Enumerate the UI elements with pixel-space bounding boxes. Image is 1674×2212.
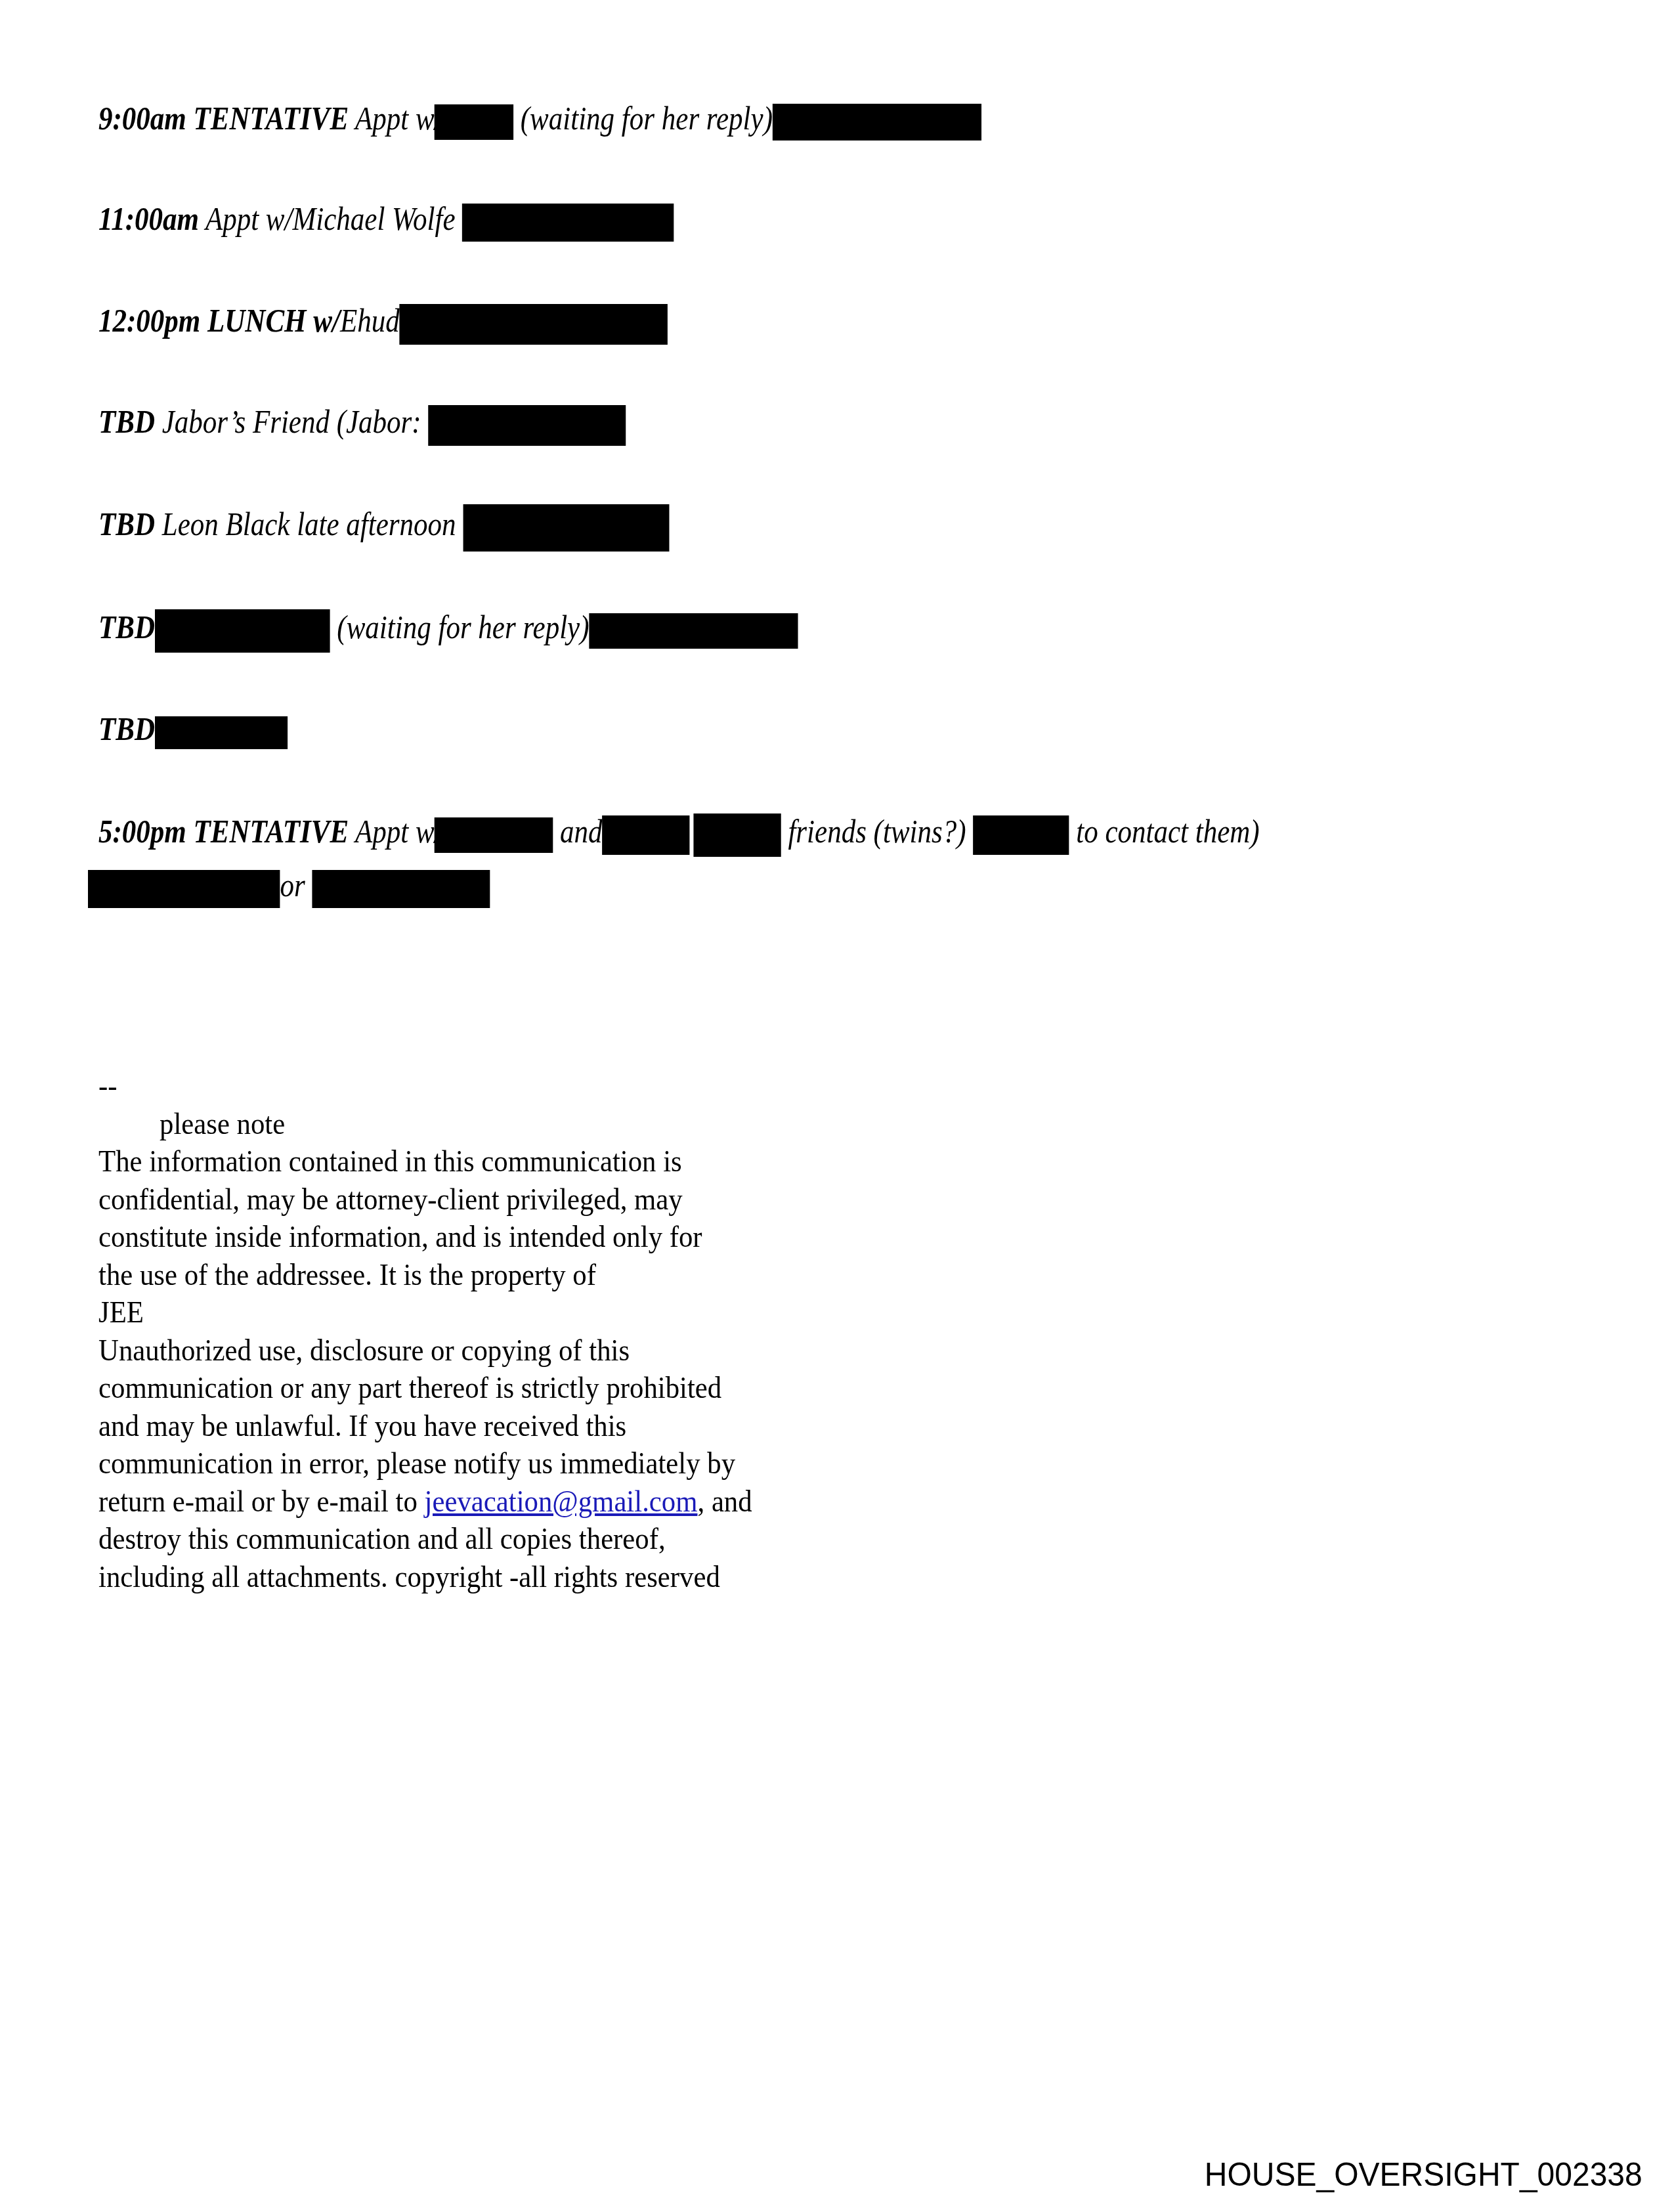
disclaimer-line: constitute inside information, and is in… bbox=[98, 1218, 752, 1256]
entry-time: 12:00pm bbox=[98, 302, 200, 339]
entry-text: Ehud bbox=[340, 302, 400, 339]
disclaimer-line: Unauthorized use, disclosure or copying … bbox=[98, 1332, 752, 1370]
email-disclaimer: -- please note The information contained… bbox=[98, 1067, 752, 1595]
redaction-box bbox=[693, 813, 781, 857]
entry-status: TENTATIVE bbox=[194, 100, 349, 137]
redaction-box bbox=[773, 104, 981, 141]
entry-text: or bbox=[280, 867, 305, 903]
redaction-box bbox=[155, 609, 330, 653]
redaction-box bbox=[428, 405, 626, 446]
entry-time: TBD bbox=[98, 710, 155, 747]
disclaimer-line: and may be unlawful. If you have receive… bbox=[98, 1407, 752, 1445]
signature-separator: -- bbox=[98, 1067, 752, 1105]
disclaimer-line: communication in error, please notify us… bbox=[98, 1444, 752, 1483]
redaction-box bbox=[435, 817, 553, 853]
schedule-entry: TBD bbox=[98, 709, 288, 749]
entry-time: TBD bbox=[98, 506, 155, 542]
bates-stamp: HOUSE_OVERSIGHT_002338 bbox=[1205, 2156, 1642, 2194]
schedule-entry: TBD (waiting for her reply) bbox=[98, 607, 798, 653]
entry-status: LUNCH w/ bbox=[207, 302, 340, 339]
redaction-box bbox=[400, 304, 668, 345]
redaction-box bbox=[88, 870, 280, 908]
schedule-entry: TBD Jabor’s Friend (Jabor: bbox=[98, 402, 626, 446]
redaction-box bbox=[312, 870, 490, 908]
entry-text: Appt w/ bbox=[355, 813, 442, 850]
entry-text: Jabor’s Friend (Jabor: bbox=[162, 403, 421, 440]
redaction-box bbox=[590, 613, 798, 649]
schedule-entry: 9:00am TENTATIVE Appt w/ (waiting for he… bbox=[98, 98, 981, 141]
document-page: 9:00am TENTATIVE Appt w/ (waiting for he… bbox=[0, 0, 1674, 2212]
disclaimer-line: confidential, may be attorney-client pri… bbox=[98, 1181, 752, 1219]
entry-note: (waiting for her reply) bbox=[337, 609, 589, 645]
redaction-box bbox=[602, 815, 689, 855]
please-note: please note bbox=[98, 1105, 752, 1143]
entry-text: Appt w/Michael Wolfe bbox=[205, 200, 456, 237]
entry-time: 11:00am bbox=[98, 200, 199, 237]
entry-text: friends (twins?) bbox=[788, 813, 966, 850]
entry-time: 9:00am bbox=[98, 100, 186, 137]
email-link[interactable]: jeevacation@gmail.com bbox=[425, 1485, 698, 1518]
redaction-box bbox=[973, 815, 1069, 855]
schedule-entry: 12:00pm LUNCH w/Ehud bbox=[98, 301, 668, 345]
disclaimer-text: return e-mail or by e-mail to bbox=[98, 1485, 425, 1518]
entry-time: TBD bbox=[98, 609, 155, 645]
schedule-entry-continuation: or bbox=[88, 865, 490, 908]
disclaimer-line: JEE bbox=[98, 1293, 752, 1332]
entry-time: TBD bbox=[98, 403, 155, 440]
disclaimer-line: including all attachments. copyright -al… bbox=[98, 1558, 752, 1596]
disclaimer-line: destroy this communication and all copie… bbox=[98, 1520, 752, 1558]
entry-note: (waiting for her reply) bbox=[521, 100, 773, 137]
redaction-box bbox=[155, 716, 288, 749]
entry-text: and bbox=[560, 813, 603, 850]
disclaimer-line: the use of the addressee. It is the prop… bbox=[98, 1256, 752, 1294]
schedule-entry: TBD Leon Black late afternoon bbox=[98, 504, 669, 552]
disclaimer-line: The information contained in this commun… bbox=[98, 1142, 752, 1181]
disclaimer-line: communication or any part thereof is str… bbox=[98, 1369, 752, 1407]
schedule-entry: 11:00am Appt w/Michael Wolfe bbox=[98, 199, 674, 242]
entry-status: TENTATIVE bbox=[194, 813, 349, 850]
entry-text: Leon Black late afternoon bbox=[162, 506, 456, 542]
redaction-box bbox=[463, 504, 669, 552]
entry-text: to contact them) bbox=[1076, 813, 1259, 850]
disclaimer-text: , and bbox=[697, 1485, 752, 1518]
entry-time: 5:00pm bbox=[98, 813, 186, 850]
redaction-box bbox=[462, 204, 674, 242]
redaction-box bbox=[435, 104, 513, 140]
schedule-entry: 5:00pm TENTATIVE Appt w/ and friends (tw… bbox=[98, 812, 1260, 857]
disclaimer-line: return e-mail or by e-mail to jeevacatio… bbox=[98, 1483, 752, 1521]
entry-text: Appt w/ bbox=[355, 100, 442, 137]
